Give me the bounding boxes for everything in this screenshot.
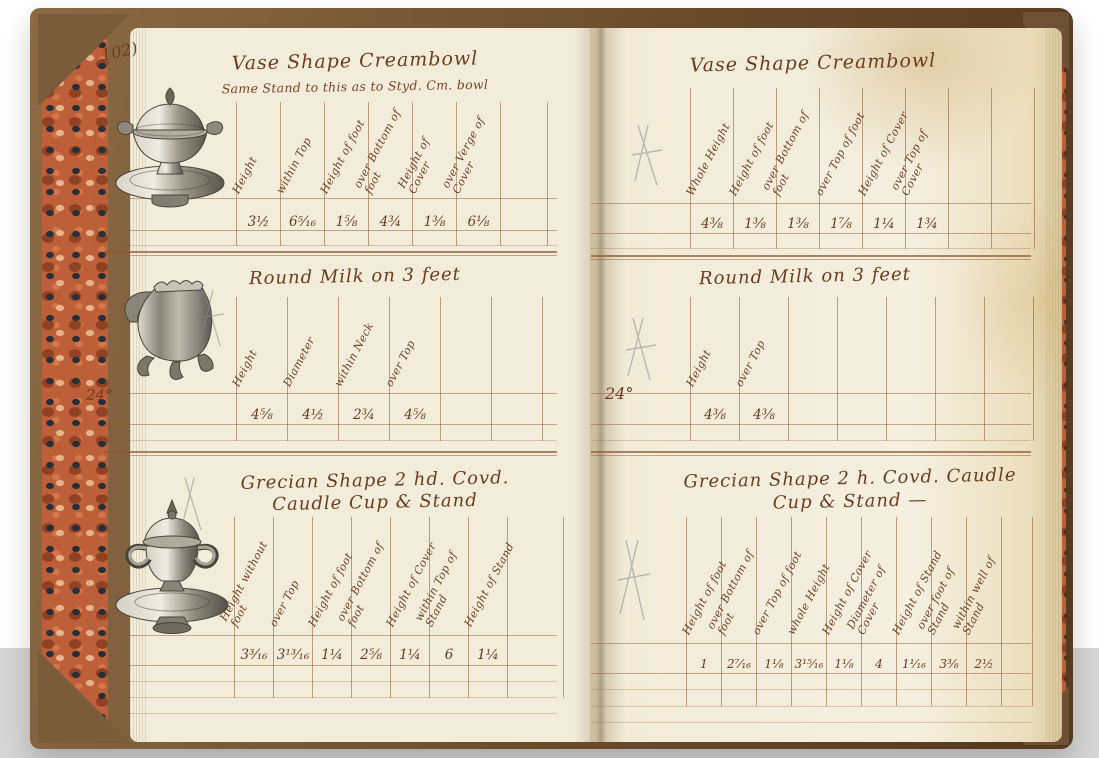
table-column: over Top of foot1⅛ [756, 517, 791, 706]
cell-value: 6⅛ [454, 214, 503, 230]
table-column: within well of Stand2½ [966, 517, 1001, 706]
cell-value: 1¼ [388, 647, 432, 663]
pencil-cross-mark [178, 476, 206, 532]
empty-column [837, 297, 886, 441]
cell-value: 2⅝ [349, 647, 393, 663]
cell-value: 1⅜ [731, 216, 779, 232]
cell-value: 1¼ [310, 647, 354, 663]
ruled-line [591, 706, 1031, 707]
empty-column [788, 297, 837, 441]
table-column: Height4⅝ [236, 297, 287, 441]
empty-column [991, 88, 1035, 249]
table-column: Diameter4½ [287, 297, 338, 441]
table-column: whole Height3¹⁵⁄₁₆ [791, 517, 826, 706]
cell-value: 1¼ [860, 216, 908, 232]
section-divider [104, 255, 557, 256]
cell-value: 4½ [285, 407, 341, 423]
empty-column [886, 297, 935, 441]
cell-value: 2½ [964, 657, 1004, 671]
measurement-table-milk-left: Height4⅝Diameter4½within Neck2¾over Top4… [236, 297, 536, 441]
table-column: over Verge of Cover6⅛ [456, 102, 500, 246]
cell-value: 4¾ [366, 214, 415, 230]
measurement-table-cream-bowl-left: Height3½within Top6⁵⁄₁₆Height of foot1⅝o… [236, 102, 540, 246]
cell-value: 6⁵⁄₁₆ [278, 214, 327, 230]
margin-scribble [86, 122, 100, 262]
cell-value: 1¹⁄₁₆ [894, 657, 934, 671]
table-column: over Top of Cover1¾ [905, 88, 948, 249]
ruled-line [104, 713, 557, 714]
ruled-line [591, 722, 1031, 723]
table-column: Height without foot3³⁄₁₆ [234, 517, 273, 698]
page-fore-edge [1046, 28, 1062, 742]
cell-value: 3¹³⁄₁₆ [271, 647, 315, 663]
section-divider [104, 451, 557, 453]
column-header: Diameter [282, 304, 335, 389]
cell-value: 1¾ [903, 216, 951, 232]
table-column: over Bottom of foot2⁷⁄₁₆ [721, 517, 756, 706]
table-column: Height3½ [236, 102, 280, 246]
table-column: Diameter of Cover4 [861, 517, 896, 706]
cell-value: 1⅛ [824, 657, 864, 671]
cell-value: 1⅝ [322, 214, 371, 230]
column-header: over Top [384, 304, 437, 389]
section-divider [104, 251, 557, 253]
cell-value: 4⅝ [387, 407, 443, 423]
margin-note: 24° [605, 384, 633, 403]
margin-scribble [84, 548, 98, 648]
table-column: over Top3¹³⁄₁₆ [273, 517, 312, 698]
empty-column [500, 102, 548, 246]
cell-value: 1⅜ [774, 216, 822, 232]
cell-value: 6 [427, 647, 471, 663]
cell-value: 1 [684, 657, 724, 671]
cell-value: 1⅜ [410, 214, 459, 230]
cell-value: 4⅝ [234, 407, 290, 423]
empty-column [507, 517, 564, 698]
cell-value: 1⅞ [817, 216, 865, 232]
table-column: Height4⅜ [690, 297, 739, 441]
empty-column [948, 88, 991, 249]
table-column: within Top of Stand6 [429, 517, 468, 698]
pencil-cross-mark [624, 316, 658, 382]
cell-value: 3³⁄₁₆ [232, 647, 276, 663]
column-header: within Top [275, 111, 328, 196]
measurement-table-caudle-left: Height without foot3³⁄₁₆over Top3¹³⁄₁₆He… [234, 517, 555, 698]
section-divider [591, 259, 1031, 260]
table-column: over Bottom of foot1⅜ [776, 88, 819, 249]
column-header: Height [685, 306, 737, 389]
margin-note: 24° [86, 386, 113, 404]
pencil-cross-mark [196, 288, 226, 348]
table-column: Height of Stand1¼ [468, 517, 507, 698]
measurement-table-milk-right: Height4⅜over Top4⅜ [690, 297, 1026, 441]
column-header: Height [231, 111, 284, 196]
table-column: within Neck2¾ [338, 297, 389, 441]
section-divider [591, 255, 1031, 257]
cell-value: 4⅜ [688, 407, 742, 423]
table-column: over Top4⅜ [739, 297, 788, 441]
cream-bowl-illustration [106, 80, 234, 214]
cell-value: 3½ [234, 214, 283, 230]
table-column: over Top of foot1⅞ [819, 88, 862, 249]
measurement-table-cream-bowl-right: Whole Height4⅜Height of foot1⅜over Botto… [690, 88, 1026, 249]
column-header: within Neck [333, 304, 386, 389]
cell-value: 3⅜ [929, 657, 969, 671]
cell-value: 2¾ [336, 407, 392, 423]
table-column: over Top4⅝ [389, 297, 440, 441]
column-header: over Top [734, 306, 786, 389]
cell-value: 2⁷⁄₁₆ [719, 657, 759, 671]
cell-value: 4 [859, 657, 899, 671]
section-divider [591, 451, 1031, 453]
empty-column [491, 297, 543, 441]
empty-column [984, 297, 1034, 441]
empty-column [935, 297, 984, 441]
section-divider [104, 455, 557, 456]
cell-value: 1¼ [466, 647, 510, 663]
empty-column [1001, 517, 1033, 706]
pencil-cross-mark [630, 123, 664, 187]
cell-value: 3¹⁵⁄₁₆ [789, 657, 829, 671]
table-column: within Top6⁵⁄₁₆ [280, 102, 324, 246]
measurement-table-caudle-right: Height of foot1over Bottom of foot2⁷⁄₁₆o… [686, 517, 1022, 706]
table-column: Whole Height4⅜ [690, 88, 733, 249]
cell-value: 1⅛ [754, 657, 794, 671]
cell-value: 4⅜ [737, 407, 791, 423]
table-column: over Bottom of foot2⅝ [351, 517, 390, 698]
section-divider [591, 455, 1031, 456]
column-header: Height [231, 304, 284, 389]
pattern-book-photo: 102) Vase Shape Creambowl Same Stand to … [0, 0, 1099, 758]
cell-value: 4⅜ [688, 216, 736, 232]
empty-column [440, 297, 491, 441]
pencil-cross-mark [616, 538, 652, 622]
